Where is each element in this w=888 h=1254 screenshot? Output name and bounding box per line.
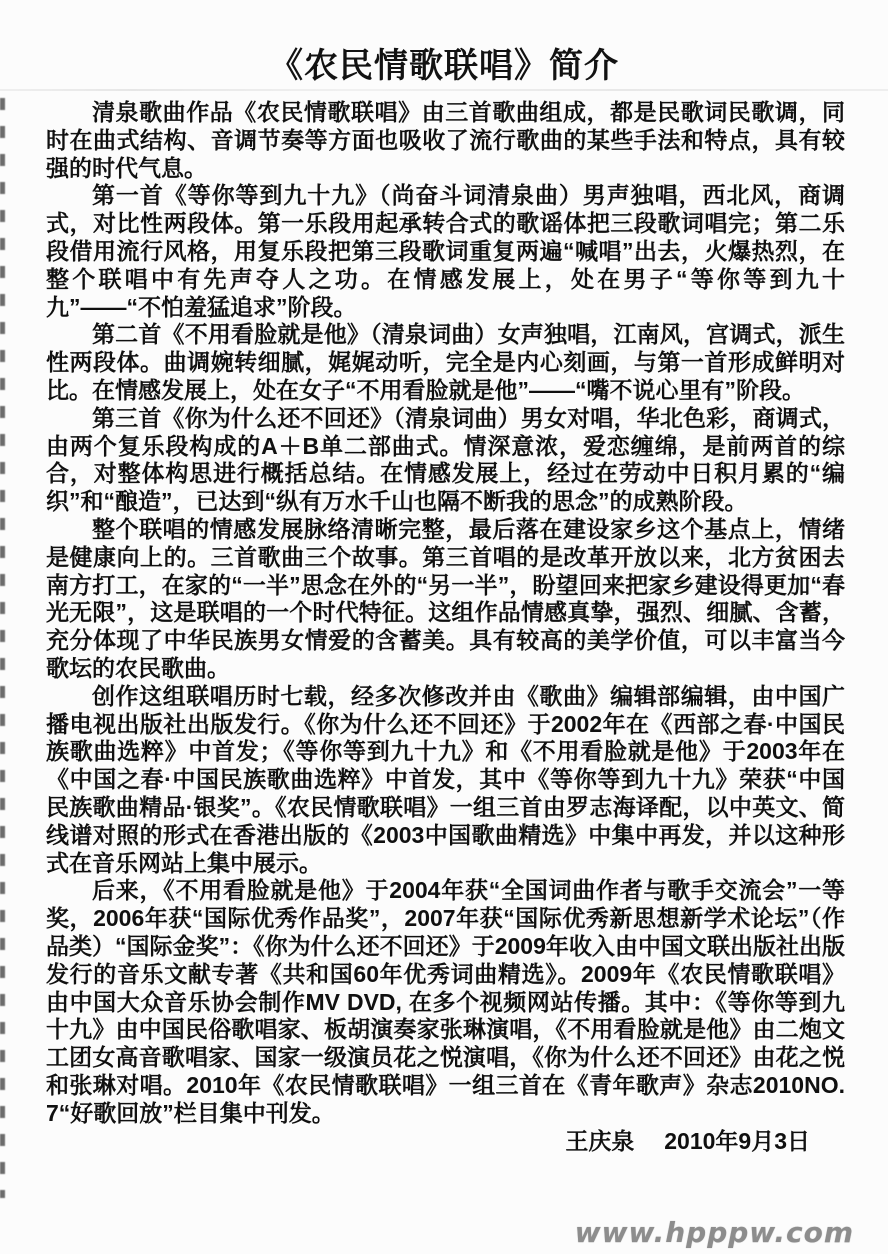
signature-line: 王庆泉2010年9月3日 [46, 1127, 845, 1155]
paragraph-intro: 清泉歌曲作品《农民情歌联唱》由三首歌曲组成，都是民歌词民歌调，同时在曲式结构、音… [46, 99, 845, 182]
signature-date: 2010年9月3日 [664, 1128, 810, 1154]
paragraph-song-2: 第二首《不用看脸就是他》（清泉词曲）女声独唱，江南风，宫调式，派生性两段体。曲调… [46, 321, 845, 404]
paragraph-song-1: 第一首《等你等到九十九》（尚奋斗词清泉曲）男声独唱，西北风，商调式，对比性两段体… [46, 182, 845, 321]
paragraph-song-3: 第三首《你为什么还不回还》（清泉词曲）男女对唱，华北色彩，商调式，由两个复乐段构… [46, 405, 845, 516]
document-body: 清泉歌曲作品《农民情歌联唱》由三首歌曲组成，都是民歌词民歌调，同时在曲式结构、音… [46, 99, 845, 1155]
page-title: 《农民情歌联唱》简介 [0, 0, 888, 88]
title-divider [0, 89, 888, 91]
paragraph-publication: 创作这组联唱历时七载，经多次修改并由《歌曲》编辑部编辑，由中国广播电视出版社出版… [46, 683, 845, 878]
paragraph-awards: 后来，《不用看脸就是他》于2004年获“全国词曲作者与歌手交流会”一等奖，200… [46, 877, 845, 1127]
paragraph-overview: 整个联唱的情感发展脉络清晰完整，最后落在建设家乡这个基点上，情绪是健康向上的。三… [46, 516, 845, 683]
document-page: 《农民情歌联唱》简介 清泉歌曲作品《农民情歌联唱》由三首歌曲组成，都是民歌词民歌… [0, 0, 888, 1254]
signature-author: 王庆泉 [565, 1128, 634, 1154]
left-edge-scan-marks [0, 98, 5, 1198]
watermark-text: www.hpppw.com [575, 1216, 854, 1249]
